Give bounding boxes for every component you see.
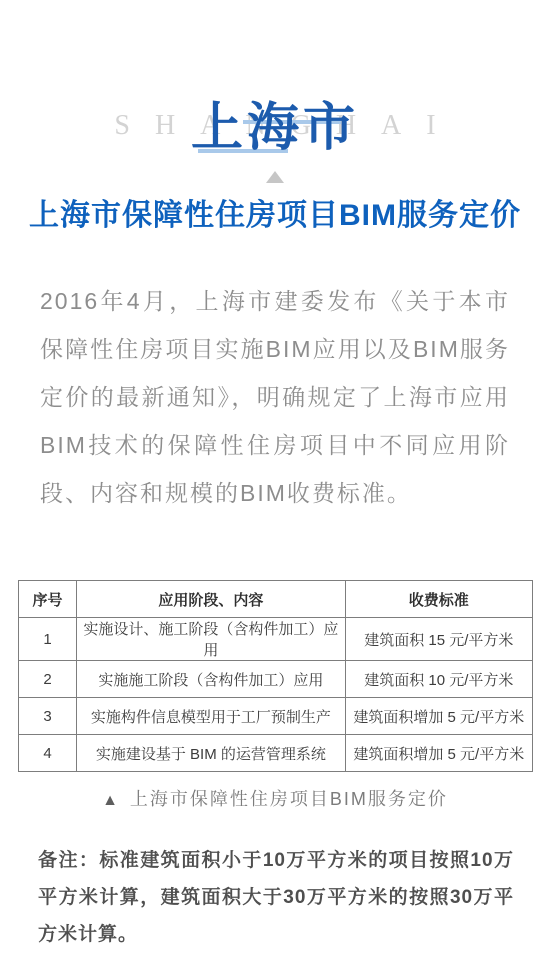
column-header-fee: 收费标准: [345, 581, 532, 618]
column-header-stage: 应用阶段、内容: [77, 581, 346, 618]
row-fee: 建筑面积增加 5 元/平方米: [345, 735, 532, 772]
remark-note: 备注：标准建筑面积小于10万平方米的项目按照10万平方米计算，建筑面积大于30万…: [38, 842, 514, 953]
intro-paragraph: 2016年4月，上海市建委发布《关于本市保障性住房项目实施BIM应用以及BIM服…: [40, 277, 510, 517]
row-stage: 实施构件信息模型用于工厂预制生产: [77, 698, 346, 735]
table-row: 3 实施构件信息模型用于工厂预制生产 建筑面积增加 5 元/平方米: [19, 698, 533, 735]
row-index: 3: [19, 698, 77, 735]
row-fee: 建筑面积增加 5 元/平方米: [345, 698, 532, 735]
row-stage: 实施施工阶段（含构件加工）应用: [77, 661, 346, 698]
table-row: 2 实施施工阶段（含构件加工）应用 建筑面积 10 元/平方米: [19, 661, 533, 698]
row-fee: 建筑面积 15 元/平方米: [345, 618, 532, 661]
row-stage: 实施建设基于 BIM 的运营管理系统: [77, 735, 346, 772]
table-row: 1 实施设计、施工阶段（含构件加工）应用 建筑面积 15 元/平方米: [19, 618, 533, 661]
table-header-row: 序号 应用阶段、内容 收费标准: [19, 581, 533, 618]
row-stage: 实施设计、施工阶段（含构件加工）应用: [77, 618, 346, 661]
up-triangle-icon: [266, 171, 284, 183]
city-title: 上海市: [0, 98, 550, 160]
pricing-table: 序号 应用阶段、内容 收费标准 1 实施设计、施工阶段（含构件加工）应用 建筑面…: [18, 580, 533, 772]
column-header-index: 序号: [19, 581, 77, 618]
table-caption: ▲上海市保障性住房项目BIM服务定价: [0, 785, 550, 811]
caption-triangle-icon: ▲: [102, 792, 120, 809]
table-caption-text: 上海市保障性住房项目BIM服务定价: [130, 789, 448, 809]
row-index: 1: [19, 618, 77, 661]
row-index: 4: [19, 735, 77, 772]
row-fee: 建筑面积 10 元/平方米: [345, 661, 532, 698]
page-title: 上海市保障性住房项目BIM服务定价: [0, 190, 550, 234]
row-index: 2: [19, 661, 77, 698]
poster: SHANGHAI 上海市 上海市保障性住房项目BIM服务定价 2016年4月，上…: [0, 0, 550, 968]
table-row: 4 实施建设基于 BIM 的运营管理系统 建筑面积增加 5 元/平方米: [19, 735, 533, 772]
